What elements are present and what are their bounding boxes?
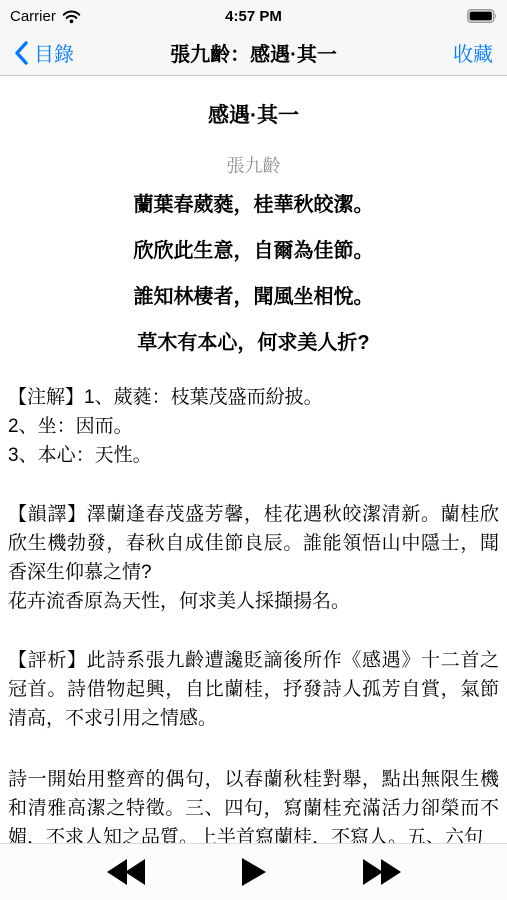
page-title: 張九齡：感遇·其一 [0, 38, 507, 67]
rhyme-translation-paragraph: 【韻譯】澤蘭逢春茂盛芳馨，桂花遇秋皎潔清新。蘭桂欣欣生機勃發，春秋自成佳節良辰。… [8, 500, 499, 616]
app-window: Carrier 4:57 PM 張九齡：感遇·其一 [0, 0, 507, 900]
battery-icon [467, 9, 497, 23]
back-button-label: 目錄 [34, 38, 74, 67]
play-button[interactable] [233, 856, 275, 888]
previous-button[interactable] [105, 856, 147, 888]
analysis-paragraph: 【評析】此詩系張九齡遭讒貶謫後所作《感遇》十二首之冠首。詩借物起興，自比蘭桂，抒… [8, 646, 499, 733]
commentary-paragraph: 詩一開始用整齊的偶句，以春蘭秋桂對舉，點出無限生機和清雅高潔之特徵。三、四句，寫… [8, 765, 499, 843]
content-scroll-area[interactable]: 感遇·其一 張九齡 蘭葉春葳蕤，桂華秋皎潔。 欣欣此生意，自爾為佳節。 誰知林棲… [0, 76, 507, 843]
playback-toolbar [0, 843, 507, 900]
status-time: 4:57 PM [0, 0, 507, 30]
nav-bar: 張九齡：感遇·其一 目錄 收藏 [0, 30, 507, 76]
poem-line: 欣欣此生意，自爾為佳節。 [8, 239, 499, 263]
annotation-paragraph: 【注解】1、葳蕤：枝葉茂盛而紛披。 2、坐：因而。 3、本心：天性。 [8, 383, 499, 470]
rewind-icon [107, 859, 145, 885]
back-button[interactable]: 目錄 [14, 38, 74, 67]
poem-line: 蘭葉春葳蕤，桂華秋皎潔。 [8, 193, 499, 217]
status-bar: Carrier 4:57 PM [0, 0, 507, 30]
play-icon [242, 858, 266, 886]
poem-title: 感遇·其一 [8, 103, 499, 129]
favorite-button[interactable]: 收藏 [453, 38, 493, 67]
fast-forward-icon [363, 859, 401, 885]
poem-line: 草木有本心，何求美人折? [8, 331, 499, 355]
poem-line: 誰知林棲者，聞風坐相悅。 [8, 285, 499, 309]
chevron-left-icon [14, 41, 28, 65]
poem-author: 張九齡 [8, 155, 499, 177]
next-button[interactable] [361, 856, 403, 888]
